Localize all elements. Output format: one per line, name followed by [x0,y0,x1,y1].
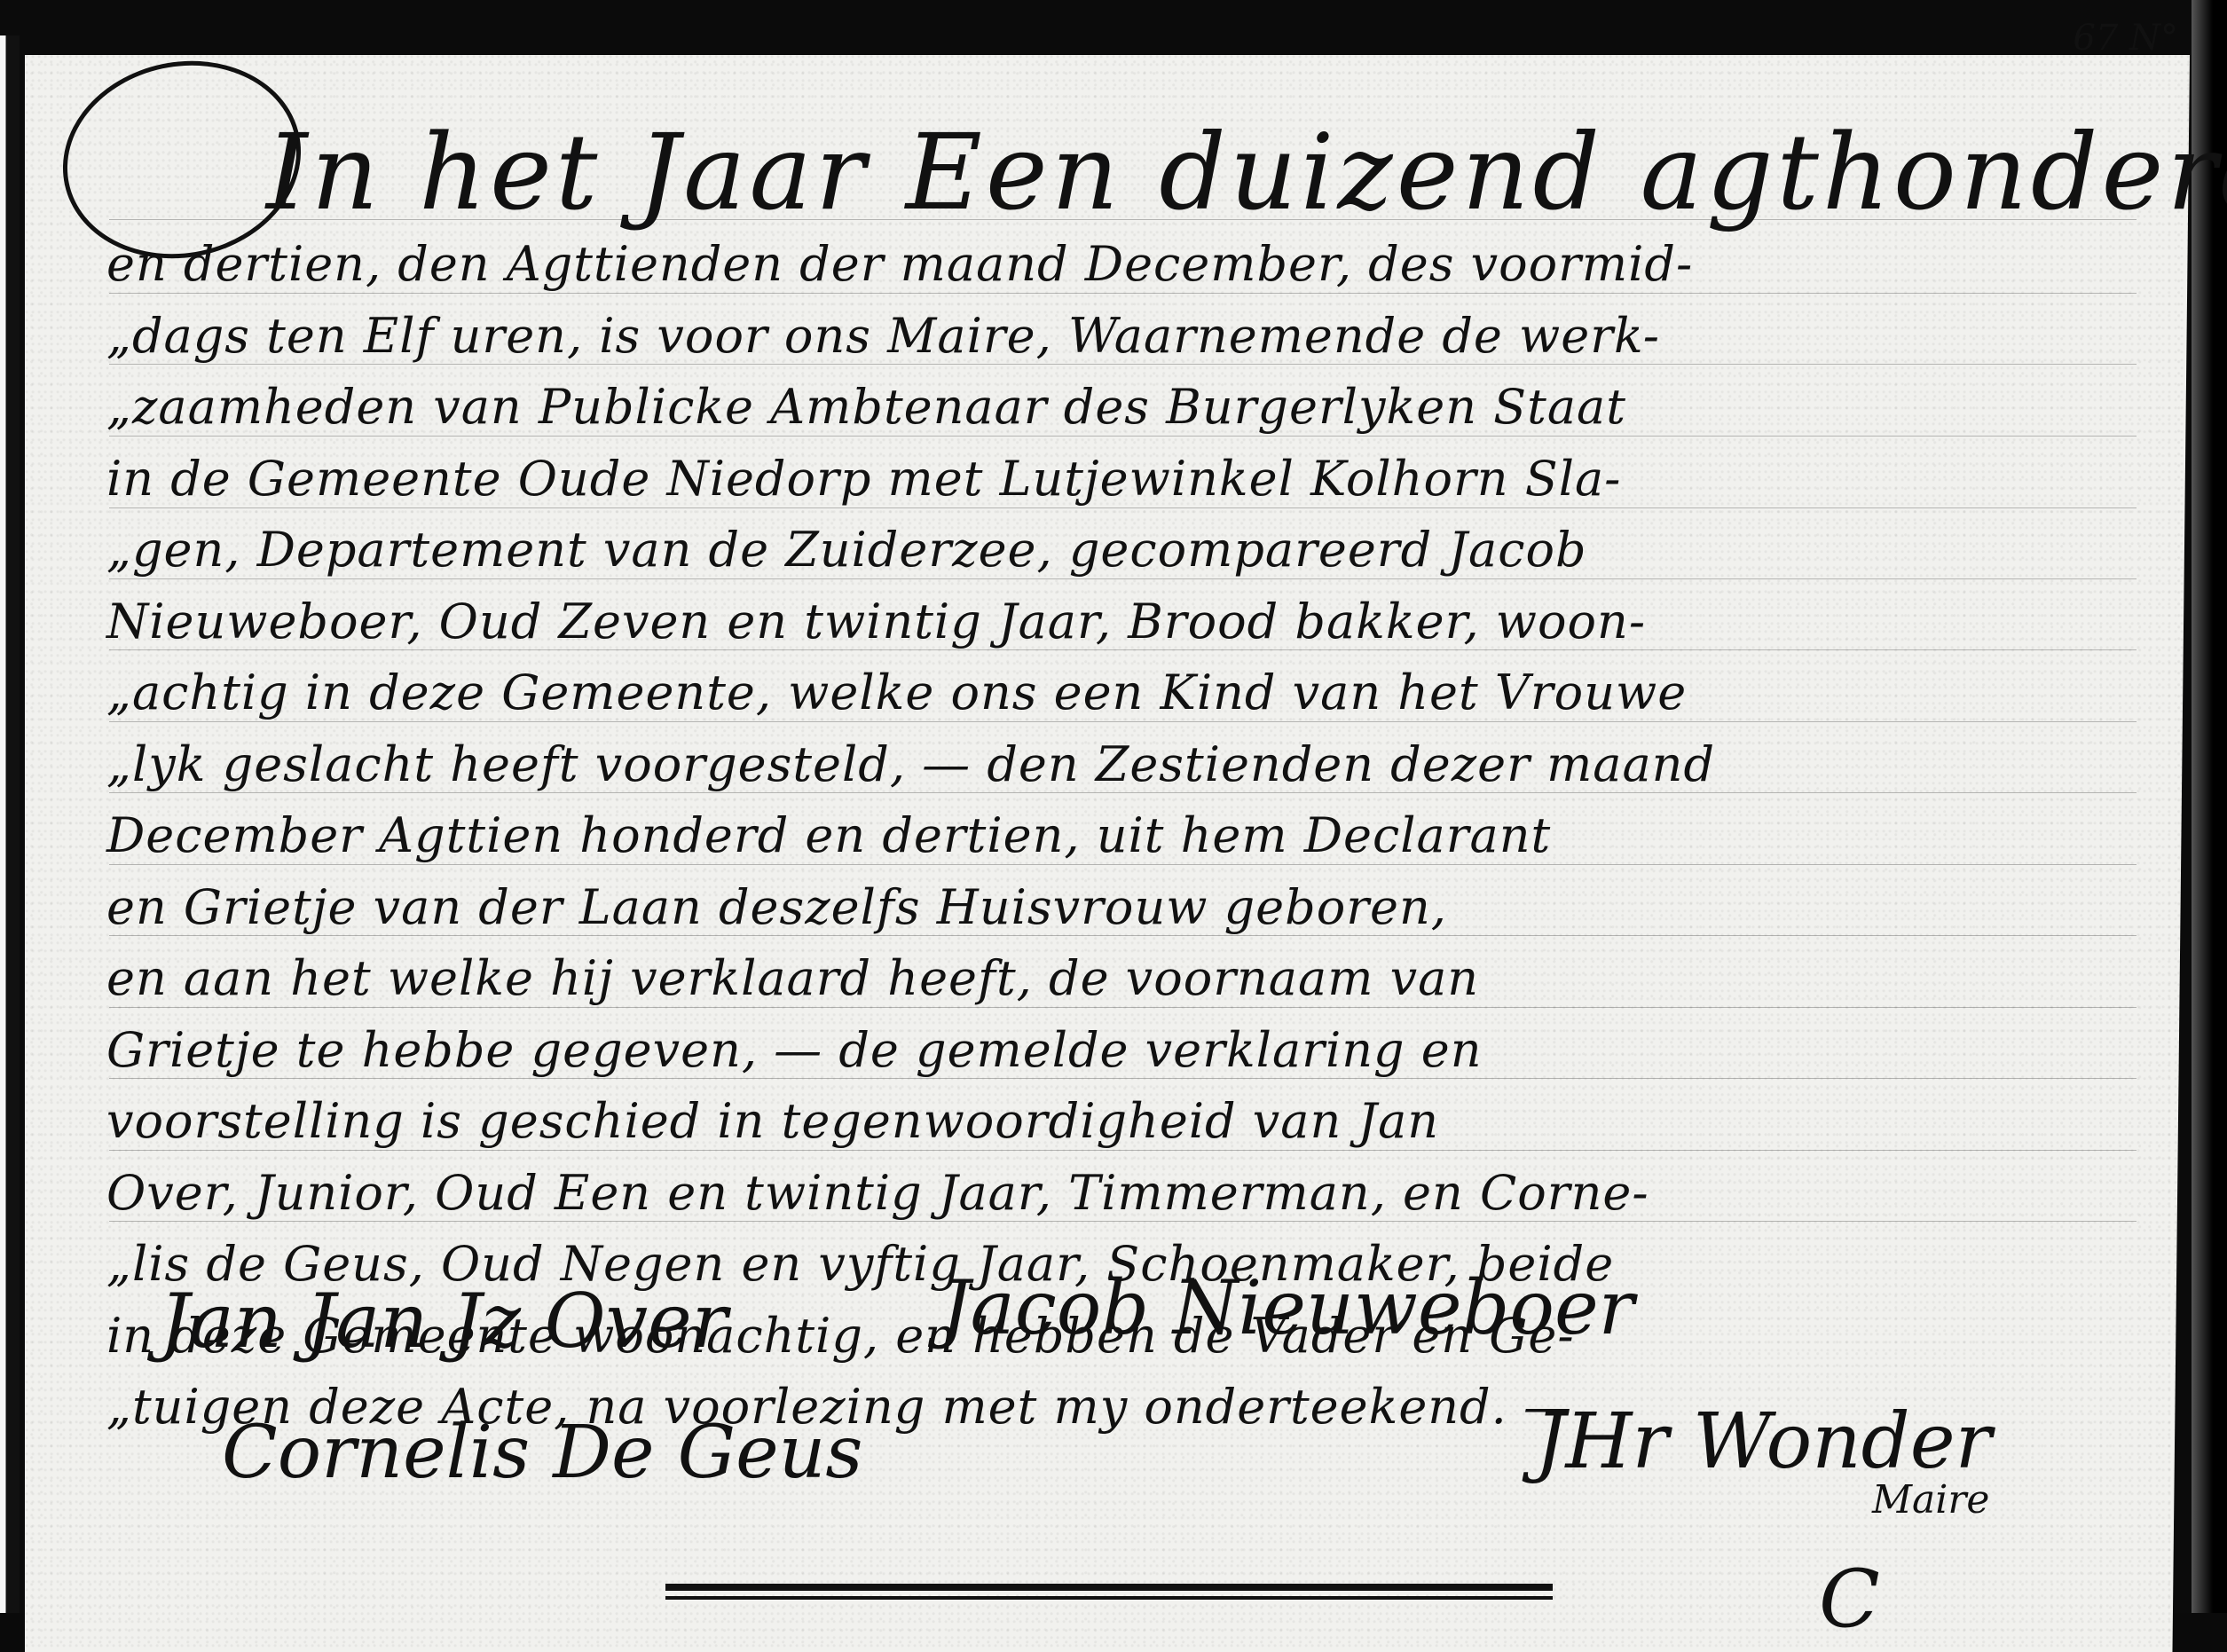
body-line: „achtig in deze Gemeente, welke ons een … [106,657,2174,729]
signature-witness-1: Jan Jan Jz Over [160,1278,728,1365]
signature-witness-2: Cornelis De Geus [222,1411,863,1495]
body-line: en aan het welke hij verklaard heeft, de… [106,943,2174,1015]
body-line: „zaamheden van Publicke Ambtenaar des Bu… [106,372,2174,444]
document-body: en dertien, den Agttienden der maand Dec… [106,229,2174,1444]
body-line: en dertien, den Agttienden der maand Dec… [106,229,2174,301]
body-line: in de Gemeente Oude Niedorp met Lutjewin… [106,444,2174,515]
folio-number: 67 N° [2073,18,2178,59]
body-line: Grietje te hebbe gegeven, — de gemelde v… [106,1015,2174,1087]
body-line: voorstelling is geschied in tegenwoordig… [106,1086,2174,1158]
body-line: „gen, Departement van de Zuiderzee, geco… [106,515,2174,586]
body-line: Over, Junior, Oud Een en twintig Jaar, T… [106,1158,2174,1230]
mayor-title: Maire [1872,1477,1989,1522]
signature-mayor: JHr Wonder [1535,1397,1992,1486]
document-heading: In het Jaar Een duizend agthonderd [266,111,2227,233]
right-page-shadow [2192,0,2227,1613]
scanned-document: 67 N° In het Jaar Een duizend agthonderd… [0,0,2227,1613]
left-page-edge [0,35,20,1613]
signature-father: Jacob Nieuweboer [940,1264,1634,1351]
body-line: en Grietje van der Laan deszelfs Huisvro… [106,872,2174,944]
body-line: Nieuweboer, Oud Zeven en twintig Jaar, B… [106,586,2174,658]
next-entry-initial: C [1819,1553,1880,1613]
closing-double-rule [665,1584,1553,1600]
body-line: December Agttien honderd en dertien, uit… [106,800,2174,872]
body-line: „lyk geslacht heeft voorgesteld, — den Z… [106,729,2174,801]
body-line: „dags ten Elf uren, is voor ons Maire, W… [106,301,2174,373]
